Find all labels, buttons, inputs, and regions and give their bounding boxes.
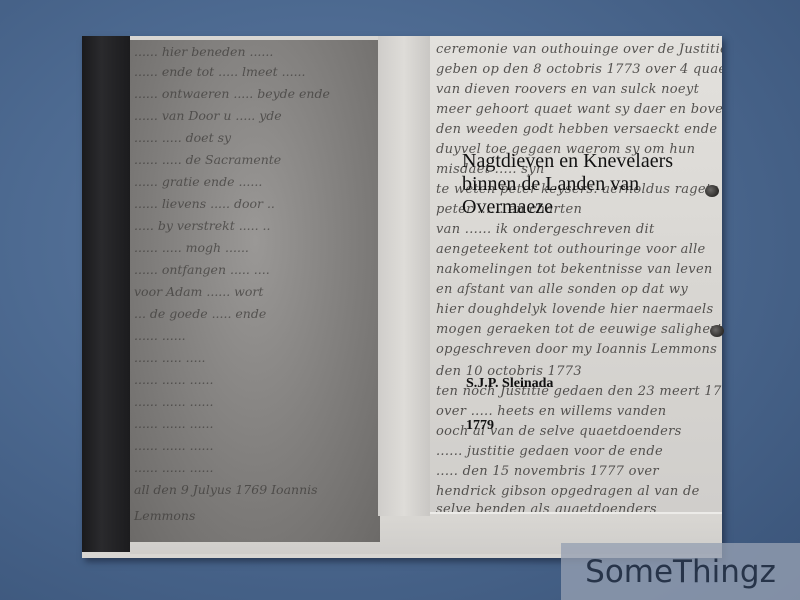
manuscript-line: ...... ende tot ..... lmeet ...... [134,64,306,79]
manuscript-line: ..... den 15 novembris 1777 over [436,464,659,479]
manuscript-right-page: ceremonie van outhouinge over de Justiti… [430,36,722,512]
manuscript-line: ...... ...... ...... [134,372,213,387]
manuscript-line: den weeden godt hebben versaeckt ende de… [436,122,722,137]
punch-hole-icon [710,325,724,337]
manuscript-line: ...... ontwaeren ..... beyde ende [134,86,330,101]
manuscript-line: van dieven roovers en van sulck noeyt [436,82,699,97]
manuscript-line: ...... ...... ...... [134,438,213,453]
manuscript-line: ...... ..... ..... [134,350,206,365]
manuscript-line: ...... ...... ...... [134,460,213,475]
manuscript-line: opgeschreven door my Ioannis Lemmons [436,342,717,357]
manuscript-line: van ...... ik ondergeschreven dit [436,222,655,237]
manuscript-line: ... de goede ..... ende [134,306,266,321]
manuscript-line: ...... ...... ...... [134,394,213,409]
manuscript-line: voor Adam ...... wort [134,284,263,299]
manuscript-line: ...... ..... doet sy [134,130,231,145]
watermark-text: SomeThingz [585,554,776,590]
book-spine-binding [82,36,130,552]
manuscript-line: en afstant van alle sonden op dat wy [436,282,688,297]
manuscript-line: ...... lievens ..... door .. [134,196,275,211]
manuscript-line: hendrick gibson opgedragen al van de [436,484,700,499]
manuscript-line: Lemmons [134,508,195,523]
cover-title: Nagtdieven en Knevelaers binnen de Lande… [462,150,673,219]
cover-title-line-2: binnen de Landen van [462,173,673,196]
manuscript-line: over ..... heets en willems vanden [436,404,666,419]
manuscript-line: selve benden als quaetdoenders [436,502,657,512]
cover-year: 1779 [466,418,494,434]
manuscript-line: ceremonie van outhouinge over de Justiti… [436,42,722,57]
manuscript-line: ...... van Door u ..... yde [134,108,282,123]
cover-title-line-1: Nagtdieven en Knevelaers [462,150,673,173]
manuscript-line: nakomelingen tot bekentnisse van leven [436,262,713,277]
manuscript-left-page: ...... hier beneden ...... ...... ende t… [130,40,380,542]
cover-title-line-3: Overmaeze [462,196,673,219]
manuscript-line: geben op den 8 octobris 1773 over 4 quae… [436,62,722,77]
watermark-badge: SomeThingz [561,543,800,600]
punch-hole-icon [705,185,719,197]
manuscript-line: ...... ...... ...... [134,416,213,431]
manuscript-line: hier doughdelyk lovende hier naermaels [436,302,713,317]
manuscript-line: aengeteekent tot outhouringe voor alle [436,242,706,257]
cover-author: S.J.P. Sleinada [466,376,553,392]
manuscript-line: ...... hier beneden ...... [134,44,273,59]
manuscript-line: ...... ...... [134,328,186,343]
manuscript-line: ..... by verstrekt ..... .. [134,218,270,233]
manuscript-line: mogen geraeken tot de eeuwige salighert [436,322,722,337]
manuscript-line: ...... ontfangen ..... .... [134,262,270,277]
manuscript-line: meer gehoort quaet want sy daer en boven [436,102,722,117]
manuscript-line: ...... gratie ende ...... [134,174,262,189]
spine-label-strip [378,36,430,516]
manuscript-line: all den 9 Julyus 1769 Ioannis [134,482,318,497]
manuscript-line: ...... ..... mogh ...... [134,240,249,255]
manuscript-line: ...... ..... de Sacramente [134,152,281,167]
manuscript-line: ...... justitie gedaen voor de ende [436,444,663,459]
